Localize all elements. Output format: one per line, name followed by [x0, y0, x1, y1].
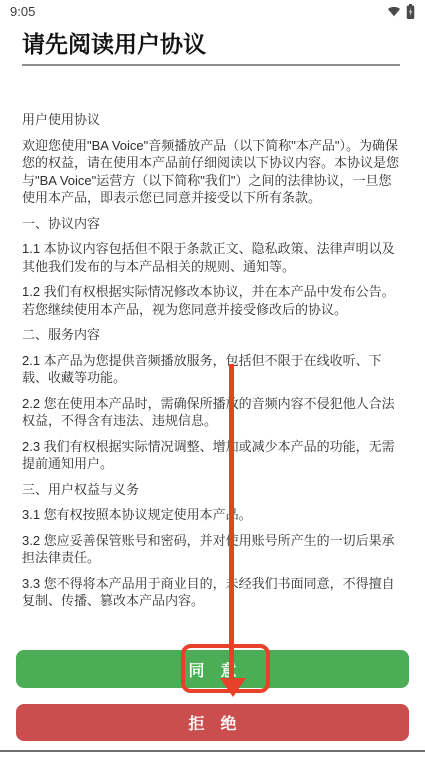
status-time: 9:05 [10, 4, 35, 19]
agreement-paragraph: 欢迎您使用"BA Voice"音频播放产品（以下简称"本产品"）。为确保您的权益… [22, 137, 403, 207]
agreement-paragraph: 一、协议内容 [22, 215, 403, 233]
agreement-paragraph: 2.1 本产品为您提供音频播放服务，包括但不限于在线收听、下载、收藏等功能。 [22, 352, 403, 387]
agreement-text[interactable]: 用户使用协议 欢迎您使用"BA Voice"音频播放产品（以下简称"本产品"）。… [22, 111, 403, 625]
agreement-paragraph: 3.2 您应妥善保管账号和密码，并对使用账号所产生的一切后果承担法律责任。 [22, 532, 403, 567]
page-title: 请先阅读用户协议 [22, 26, 206, 59]
bottom-edge-line [0, 750, 425, 752]
refuse-button-label: 拒 绝 [188, 711, 236, 734]
refuse-button[interactable]: 拒 绝 [16, 704, 409, 741]
agreement-paragraph: 2.3 我们有权根据实际情况调整、增加或减少本产品的功能，无需提前通知用户。 [22, 438, 403, 473]
app-screen: 9:05 请先阅读用户协议 用户使用协议 欢迎您使用"BA Voice"音频播放… [0, 0, 425, 757]
agreement-paragraph: 1.2 我们有权根据实际情况修改本协议，并在本产品中发布公告。若您继续使用本产品… [22, 283, 403, 318]
agreement-paragraph: 2.2 您在使用本产品时，需确保所播放的音频内容不侵犯他人合法权益，不得含有违法… [22, 395, 403, 430]
battery-charging-icon [406, 4, 415, 19]
agreement-paragraph: 三、用户权益与义务 [22, 481, 403, 499]
agreement-paragraph: 1.1 本协议内容包括但不限于条款正文、隐私政策、法律声明以及其他我们发布的与本… [22, 240, 403, 275]
wifi-icon [387, 5, 401, 17]
status-icons [387, 4, 415, 19]
agreement-paragraph: 用户使用协议 [22, 111, 403, 129]
agreement-paragraph: 3.3 您不得将本产品用于商业目的，未经我们书面同意，不得擅自复制、传播、篡改本… [22, 575, 403, 610]
annotation-arrow-head-icon [220, 678, 246, 697]
title-divider [22, 64, 400, 66]
annotation-arrow-line [229, 364, 234, 680]
agreement-paragraph: 二、服务内容 [22, 326, 403, 344]
status-bar: 9:05 [0, 0, 425, 22]
agreement-paragraph: 3.1 您有权按照本协议规定使用本产品。 [22, 506, 403, 524]
